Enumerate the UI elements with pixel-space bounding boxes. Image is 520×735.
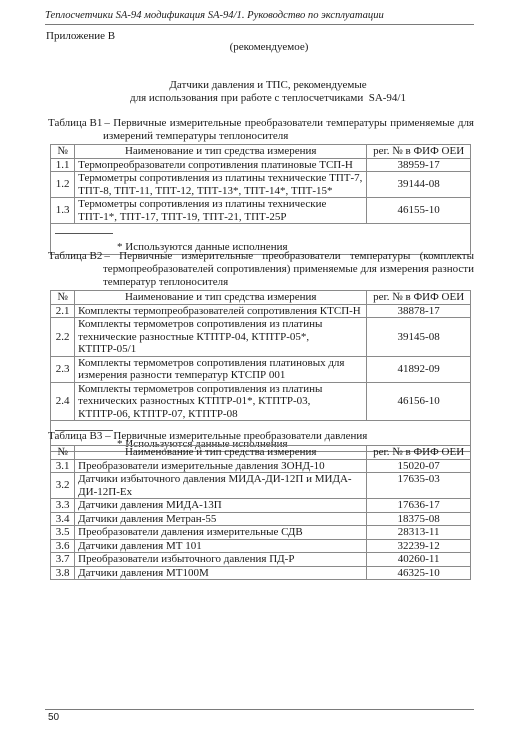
table1-header-row: № Наименование и тип средства измерения … [51, 145, 471, 159]
table-row: 3.7Преобразователи избыточного давления … [51, 553, 471, 567]
cell-reg: 38878-17 [367, 304, 471, 318]
table1-caption-cont: измерений температуры теплоносителя [48, 130, 474, 143]
cell-name: Датчики избыточного давления МИДА-ДИ-12П… [75, 473, 367, 499]
cell-name: Преобразователи избыточного давления ПД-… [75, 553, 367, 567]
table1-caption: Таблица В1 – Первичные измерительные пре… [48, 117, 474, 143]
cell-num: 3.8 [51, 566, 75, 580]
cell-name: Термометры сопротивления из платины техн… [75, 198, 367, 224]
cell-name: Преобразователи давления измерительные С… [75, 526, 367, 540]
table-row: 3.2Датчики избыточного давления МИДА-ДИ-… [51, 473, 471, 499]
cell-name: Комплекты термометров сопротивления из п… [75, 318, 367, 357]
cell-name: Комплекты термометров сопротивления плат… [75, 356, 367, 382]
col-name: Наименование и тип средства измерения [75, 291, 367, 305]
cell-num: 2.2 [51, 318, 75, 357]
cell-num: 2.3 [51, 356, 75, 382]
appendix-status: (рекомендуемое) [0, 41, 520, 54]
table-row: 2.1Комплекты термопреобразователей сопро… [51, 304, 471, 318]
col-num: № [51, 145, 75, 159]
cell-reg: 17636-17 [367, 499, 471, 513]
table-row: 3.4Датчики давления Метран-5518375-08 [51, 512, 471, 526]
col-reg: рег. № в ФИФ ОЕИ [367, 145, 471, 159]
cell-num: 1.1 [51, 158, 75, 172]
cell-reg: 38959-17 [367, 158, 471, 172]
cell-num: 3.7 [51, 553, 75, 567]
footnote-rule [55, 233, 113, 234]
cell-num: 3.5 [51, 526, 75, 540]
cell-reg: 17635-03 [367, 473, 471, 499]
cell-reg: 41892-09 [367, 356, 471, 382]
cell-reg: 18375-08 [367, 512, 471, 526]
running-header: Теплосчетчики SA-94 модификация SA-94/1.… [45, 9, 474, 25]
cell-num: 1.2 [51, 172, 75, 198]
cell-name: Комплекты термопреобразователей сопротив… [75, 304, 367, 318]
cell-num: 2.4 [51, 382, 75, 421]
table3-header-row: № Наименование и тип средства измерения … [51, 446, 471, 460]
appendix-title-line1: Датчики давления и ТПС, рекомендуемые [16, 79, 520, 92]
table-row: 1.2Термометры сопротивления из платины т… [51, 172, 471, 198]
cell-reg: 32239-12 [367, 539, 471, 553]
cell-reg: 15020-07 [367, 459, 471, 473]
table-row: 2.3Комплекты термометров сопротивления п… [51, 356, 471, 382]
cell-num: 1.3 [51, 198, 75, 224]
footer-rule [45, 709, 474, 710]
cell-name: Термопреобразователи сопротивления плати… [75, 158, 367, 172]
page-number: 50 [48, 712, 59, 723]
cell-reg: 28313-11 [367, 526, 471, 540]
cell-name: Датчики давления МИДА-13П [75, 499, 367, 513]
table2-header-row: № Наименование и тип средства измерения … [51, 291, 471, 305]
table3-caption: Таблица В3 – Первичные измерительные пре… [48, 430, 474, 443]
cell-reg: 46325-10 [367, 566, 471, 580]
cell-num: 3.4 [51, 512, 75, 526]
cell-name: Датчики давления МТ100М [75, 566, 367, 580]
col-name: Наименование и тип средства измерения [75, 446, 367, 460]
cell-reg: 39144-08 [367, 172, 471, 198]
col-num: № [51, 446, 75, 460]
table1-caption-text: – Первичные измерительные преобразовател… [104, 117, 474, 130]
cell-reg: 39145-08 [367, 318, 471, 357]
cell-reg: 46156-10 [367, 382, 471, 421]
cell-name: Датчики давления Метран-55 [75, 512, 367, 526]
table-row: 3.3Датчики давления МИДА-13П17636-17 [51, 499, 471, 513]
cell-num: 2.1 [51, 304, 75, 318]
cell-name: Термометры сопротивления из платины техн… [75, 172, 367, 198]
cell-name: Датчики давления МТ 101 [75, 539, 367, 553]
table-row: 2.4Комплекты термометров сопротивления и… [51, 382, 471, 421]
table2-caption: Таблица В2 – Первичные измерительные пре… [48, 250, 474, 289]
table1: № Наименование и тип средства измерения … [50, 144, 471, 255]
appendix-title: Датчики давления и ТПС, рекомендуемые дл… [0, 79, 520, 105]
col-name: Наименование и тип средства измерения [75, 145, 367, 159]
table-row: 3.1Преобразователи измерительные давлени… [51, 459, 471, 473]
appendix-title-line2: для использования при работе с теплосчет… [16, 92, 520, 105]
cell-num: 3.1 [51, 459, 75, 473]
cell-num: 3.2 [51, 473, 75, 499]
table1-caption-label: Таблица В1 [48, 117, 102, 130]
table-row: 3.5Преобразователи давления измерительны… [51, 526, 471, 540]
cell-num: 3.6 [51, 539, 75, 553]
table2-caption-cont: термопреобразователей сопротивления) при… [48, 263, 474, 289]
col-reg: рег. № в ФИФ ОЕИ [367, 291, 471, 305]
table2: № Наименование и тип средства измерения … [50, 290, 471, 452]
table3: № Наименование и тип средства измерения … [50, 445, 471, 580]
col-num: № [51, 291, 75, 305]
table-row: 2.2Комплекты термометров сопротивления и… [51, 318, 471, 357]
cell-reg: 46155-10 [367, 198, 471, 224]
cell-reg: 40260-11 [367, 553, 471, 567]
table-row: 1.1Термопреобразователи сопротивления пл… [51, 158, 471, 172]
table2-caption-text: – Первичные измерительные преобразовател… [104, 250, 474, 263]
cell-num: 3.3 [51, 499, 75, 513]
col-reg: рег. № в ФИФ ОЕИ [367, 446, 471, 460]
table-row: 1.3Термометры сопротивления из платины т… [51, 198, 471, 224]
cell-name: Преобразователи измерительные давления З… [75, 459, 367, 473]
table-row: 3.8Датчики давления МТ100М46325-10 [51, 566, 471, 580]
table2-caption-label: Таблица В2 [48, 250, 102, 263]
cell-name: Комплекты термометров сопротивления из п… [75, 382, 367, 421]
table-row: 3.6Датчики давления МТ 10132239-12 [51, 539, 471, 553]
